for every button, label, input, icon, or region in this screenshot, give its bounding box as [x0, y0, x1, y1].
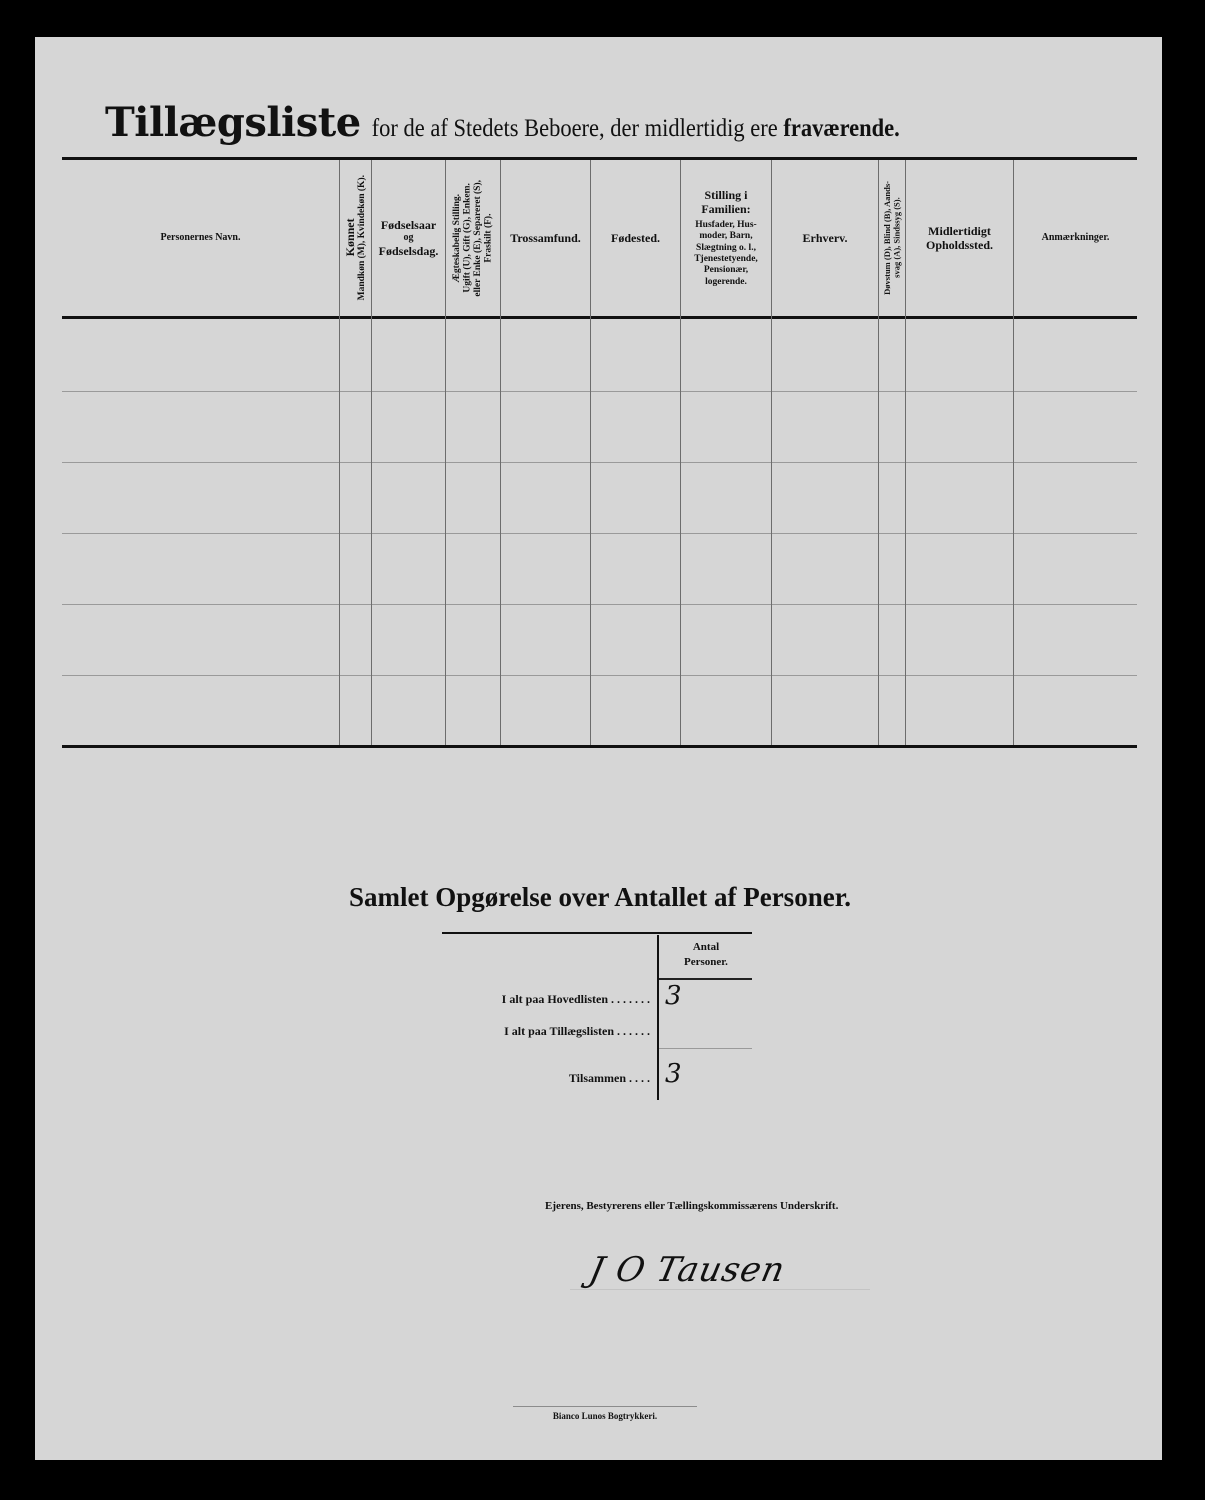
summary-column-header: Antal Personer. [660, 940, 752, 970]
table-row[interactable] [62, 392, 1137, 462]
summary-label-main-list: I alt paa Hovedlisten . . . . . . . [430, 992, 650, 1007]
signature-handwritten[interactable]: J O Tausen [586, 1250, 789, 1290]
summary-value-supplement-list[interactable] [661, 1012, 751, 1046]
header-birth: Fødselsaar og Fødselsdag. [372, 160, 445, 316]
table-row[interactable] [62, 463, 1137, 533]
header-disability: Døvstum (D), Blind (B), Aands- svag (A),… [879, 160, 905, 316]
summary-label-total: Tilsammen . . . . [430, 1071, 650, 1086]
header-birthplace: Fødested. [591, 160, 680, 316]
header-sex: Kønnet Mandkøn (M), Kvindekøn (K). [340, 160, 371, 316]
header-religion: Trossamfund. [501, 160, 590, 316]
title-subtitle: for de af Stedets Beboere, der midlertid… [366, 115, 900, 143]
summary-header-rule [659, 978, 752, 980]
table-row[interactable] [62, 319, 1137, 391]
printer-imprint: Bianco Lunos Bogtrykkeri. [515, 1411, 695, 1421]
census-form-page: Tillægsliste for de af Stedets Beboere, … [35, 37, 1162, 1460]
printer-rule [513, 1406, 697, 1407]
header-temp-residence: Midlertidigt Opholdssted. [906, 160, 1013, 316]
table-row[interactable] [62, 676, 1137, 745]
summary-title: Samlet Opgørelse over Antallet af Person… [310, 882, 890, 913]
title-emphasis: fraværende. [783, 115, 899, 142]
header-occupation: Erhverv. [772, 160, 878, 316]
summary-top-rule [442, 932, 752, 934]
table-bottom-rule [62, 745, 1137, 748]
table-row[interactable] [62, 605, 1137, 675]
header-name: Personernes Navn. [62, 160, 339, 316]
summary-value-total[interactable]: 3 [665, 1059, 682, 1089]
header-family-position: Stilling i Familien: Husfader, Hus- mode… [681, 160, 771, 316]
title-main: Tillægsliste [105, 99, 361, 146]
table-row[interactable] [62, 534, 1137, 604]
summary-value-main-list[interactable]: 3 [665, 981, 682, 1011]
header-remarks: Anmærkninger. [1014, 160, 1137, 316]
header-marital: Ægteskabelig Stilling. Ugift (U), Gift (… [446, 160, 500, 316]
summary-column-divider [657, 935, 659, 1100]
form-title: Tillægsliste for de af Stedets Beboere, … [105, 99, 959, 146]
summary-label-supplement-list: I alt paa Tillægslisten . . . . . . [430, 1024, 650, 1039]
signature-caption: Ejerens, Bestyrerens eller Tællingskommi… [545, 1200, 838, 1212]
summary-subtotal-rule [659, 1048, 752, 1049]
